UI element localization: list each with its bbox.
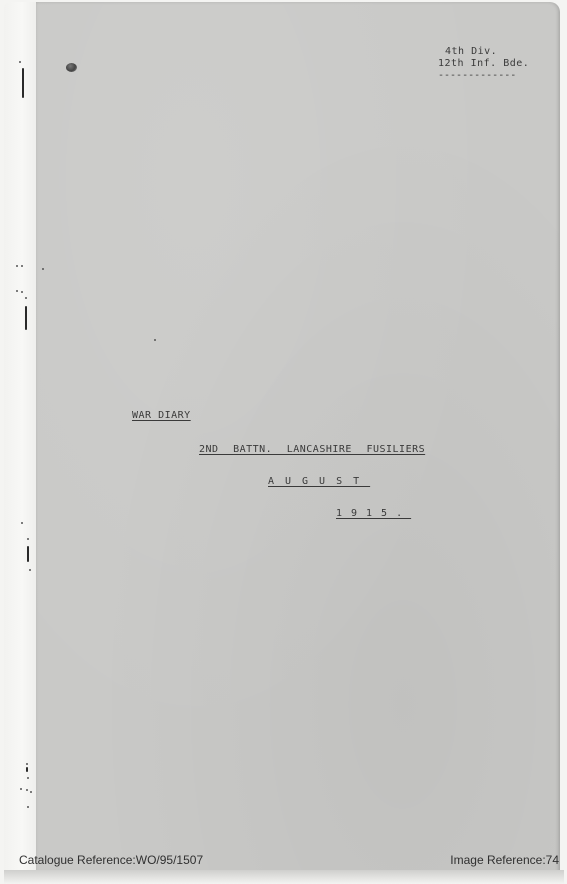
staple-mark-top xyxy=(22,68,24,98)
staple-mark-lower xyxy=(27,546,29,562)
binding-speck xyxy=(25,297,27,299)
binding-speck xyxy=(27,777,29,779)
punch-hole-mark xyxy=(66,63,77,72)
header-rule: ------------- xyxy=(438,70,516,81)
binding-speck xyxy=(20,788,22,790)
binding-speck xyxy=(21,522,23,524)
catalogue-reference: Catalogue Reference:WO/95/1507 xyxy=(19,853,203,867)
binding-speck xyxy=(30,791,32,793)
paper-speck xyxy=(154,339,156,341)
binding-strip xyxy=(4,2,40,882)
document-scan: 4th Div. 12th Inf. Bde. ------------- WA… xyxy=(0,0,567,884)
binding-speck xyxy=(27,806,29,808)
binding-speck xyxy=(29,569,31,571)
binding-speck xyxy=(26,763,28,765)
binding-speck xyxy=(26,789,28,791)
binding-speck xyxy=(16,290,18,292)
binding-mark xyxy=(26,767,28,772)
division-label: 4th Div. xyxy=(445,46,497,57)
brigade-label: 12th Inf. Bde. xyxy=(438,58,529,69)
page-edge-shadow xyxy=(4,870,564,884)
paper-page xyxy=(36,2,560,880)
document-title: WAR DIARY xyxy=(132,410,191,421)
unit-name: 2ND BATTN. LANCASHIRE FUSILIERS xyxy=(199,444,425,455)
binding-speck xyxy=(21,265,23,267)
year-label: 1915. xyxy=(336,508,411,519)
binding-speck xyxy=(16,265,18,267)
binding-speck xyxy=(42,268,44,270)
binding-speck xyxy=(21,291,23,293)
staple-mark-middle xyxy=(25,306,27,330)
binding-speck xyxy=(19,61,21,63)
image-reference: Image Reference:74 xyxy=(450,853,559,867)
month-label: AUGUST xyxy=(268,476,370,487)
binding-speck xyxy=(27,538,29,540)
